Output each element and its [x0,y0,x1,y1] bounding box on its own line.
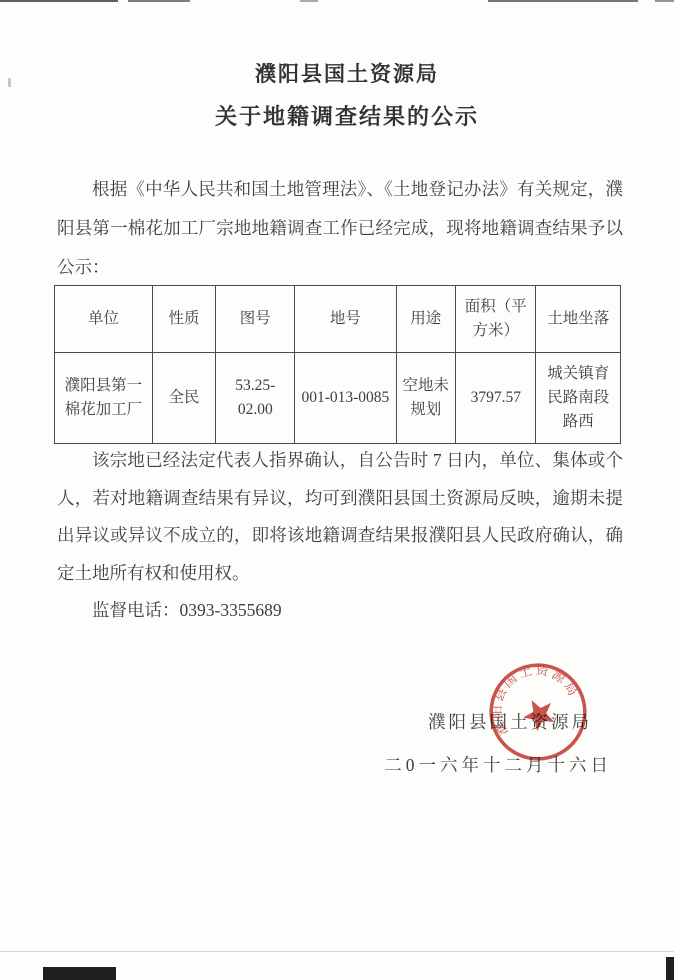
cell-area: 3797.57 [456,353,536,444]
cadastral-table: 单位 性质 图号 地号 用途 面积（平方米） 土地坐落 濮阳县第一棉花加工厂 全… [54,285,621,444]
col-header-unit: 单位 [55,286,153,353]
scan-artifact [655,0,674,2]
scan-artifact [0,0,118,2]
document-title-org: 濮阳县国土资源局 [40,58,654,88]
col-header-location: 土地坐落 [536,286,621,353]
col-header-nature: 性质 [152,286,216,353]
supervision-phone: 监督电话：0393-3355689 [57,597,623,622]
col-header-map-no: 图号 [216,286,295,353]
scan-artifact [128,0,190,2]
cell-usage: 空地未规划 [396,353,456,444]
scan-artifact [8,78,11,87]
table-header-row: 单位 性质 图号 地号 用途 面积（平方米） 土地坐落 [55,286,621,353]
scan-artifact [0,951,674,952]
col-header-usage: 用途 [396,286,456,353]
seal-star-icon [518,693,560,734]
scan-artifact [300,0,318,2]
cell-location: 城关镇育民路南段路西 [536,353,621,444]
intro-paragraph: 根据《中华人民共和国土地管理法》、《土地登记办法》有关规定，濮阳县第一棉花加工厂… [57,170,623,287]
scan-artifact [488,0,638,2]
body-paragraph: 该宗地已经法定代表人指界确认，自公告时 7 日内，单位、集体或个人，若对地籍调查… [57,442,623,592]
table-row: 濮阳县第一棉花加工厂 全民 53.25-02.00 001-013-0085 空… [55,353,621,444]
col-header-area: 面积（平方米） [456,286,536,353]
official-seal-stamp: 濮阳县国土资源局 [486,660,590,764]
scan-artifact [43,967,116,980]
cell-map-no: 53.25-02.00 [216,353,295,444]
seal-text: 濮阳县国土资源局 [486,660,583,739]
cell-nature: 全民 [152,353,216,444]
cell-parcel-no: 001-013-0085 [295,353,396,444]
scan-artifact [666,957,674,980]
cell-unit: 濮阳县第一棉花加工厂 [55,353,153,444]
scanned-notice-page: 濮阳县国土资源局 关于地籍调查结果的公示 根据《中华人民共和国土地管理法》、《土… [0,0,674,980]
col-header-parcel-no: 地号 [295,286,396,353]
document-title-subject: 关于地籍调查结果的公示 [40,100,654,131]
